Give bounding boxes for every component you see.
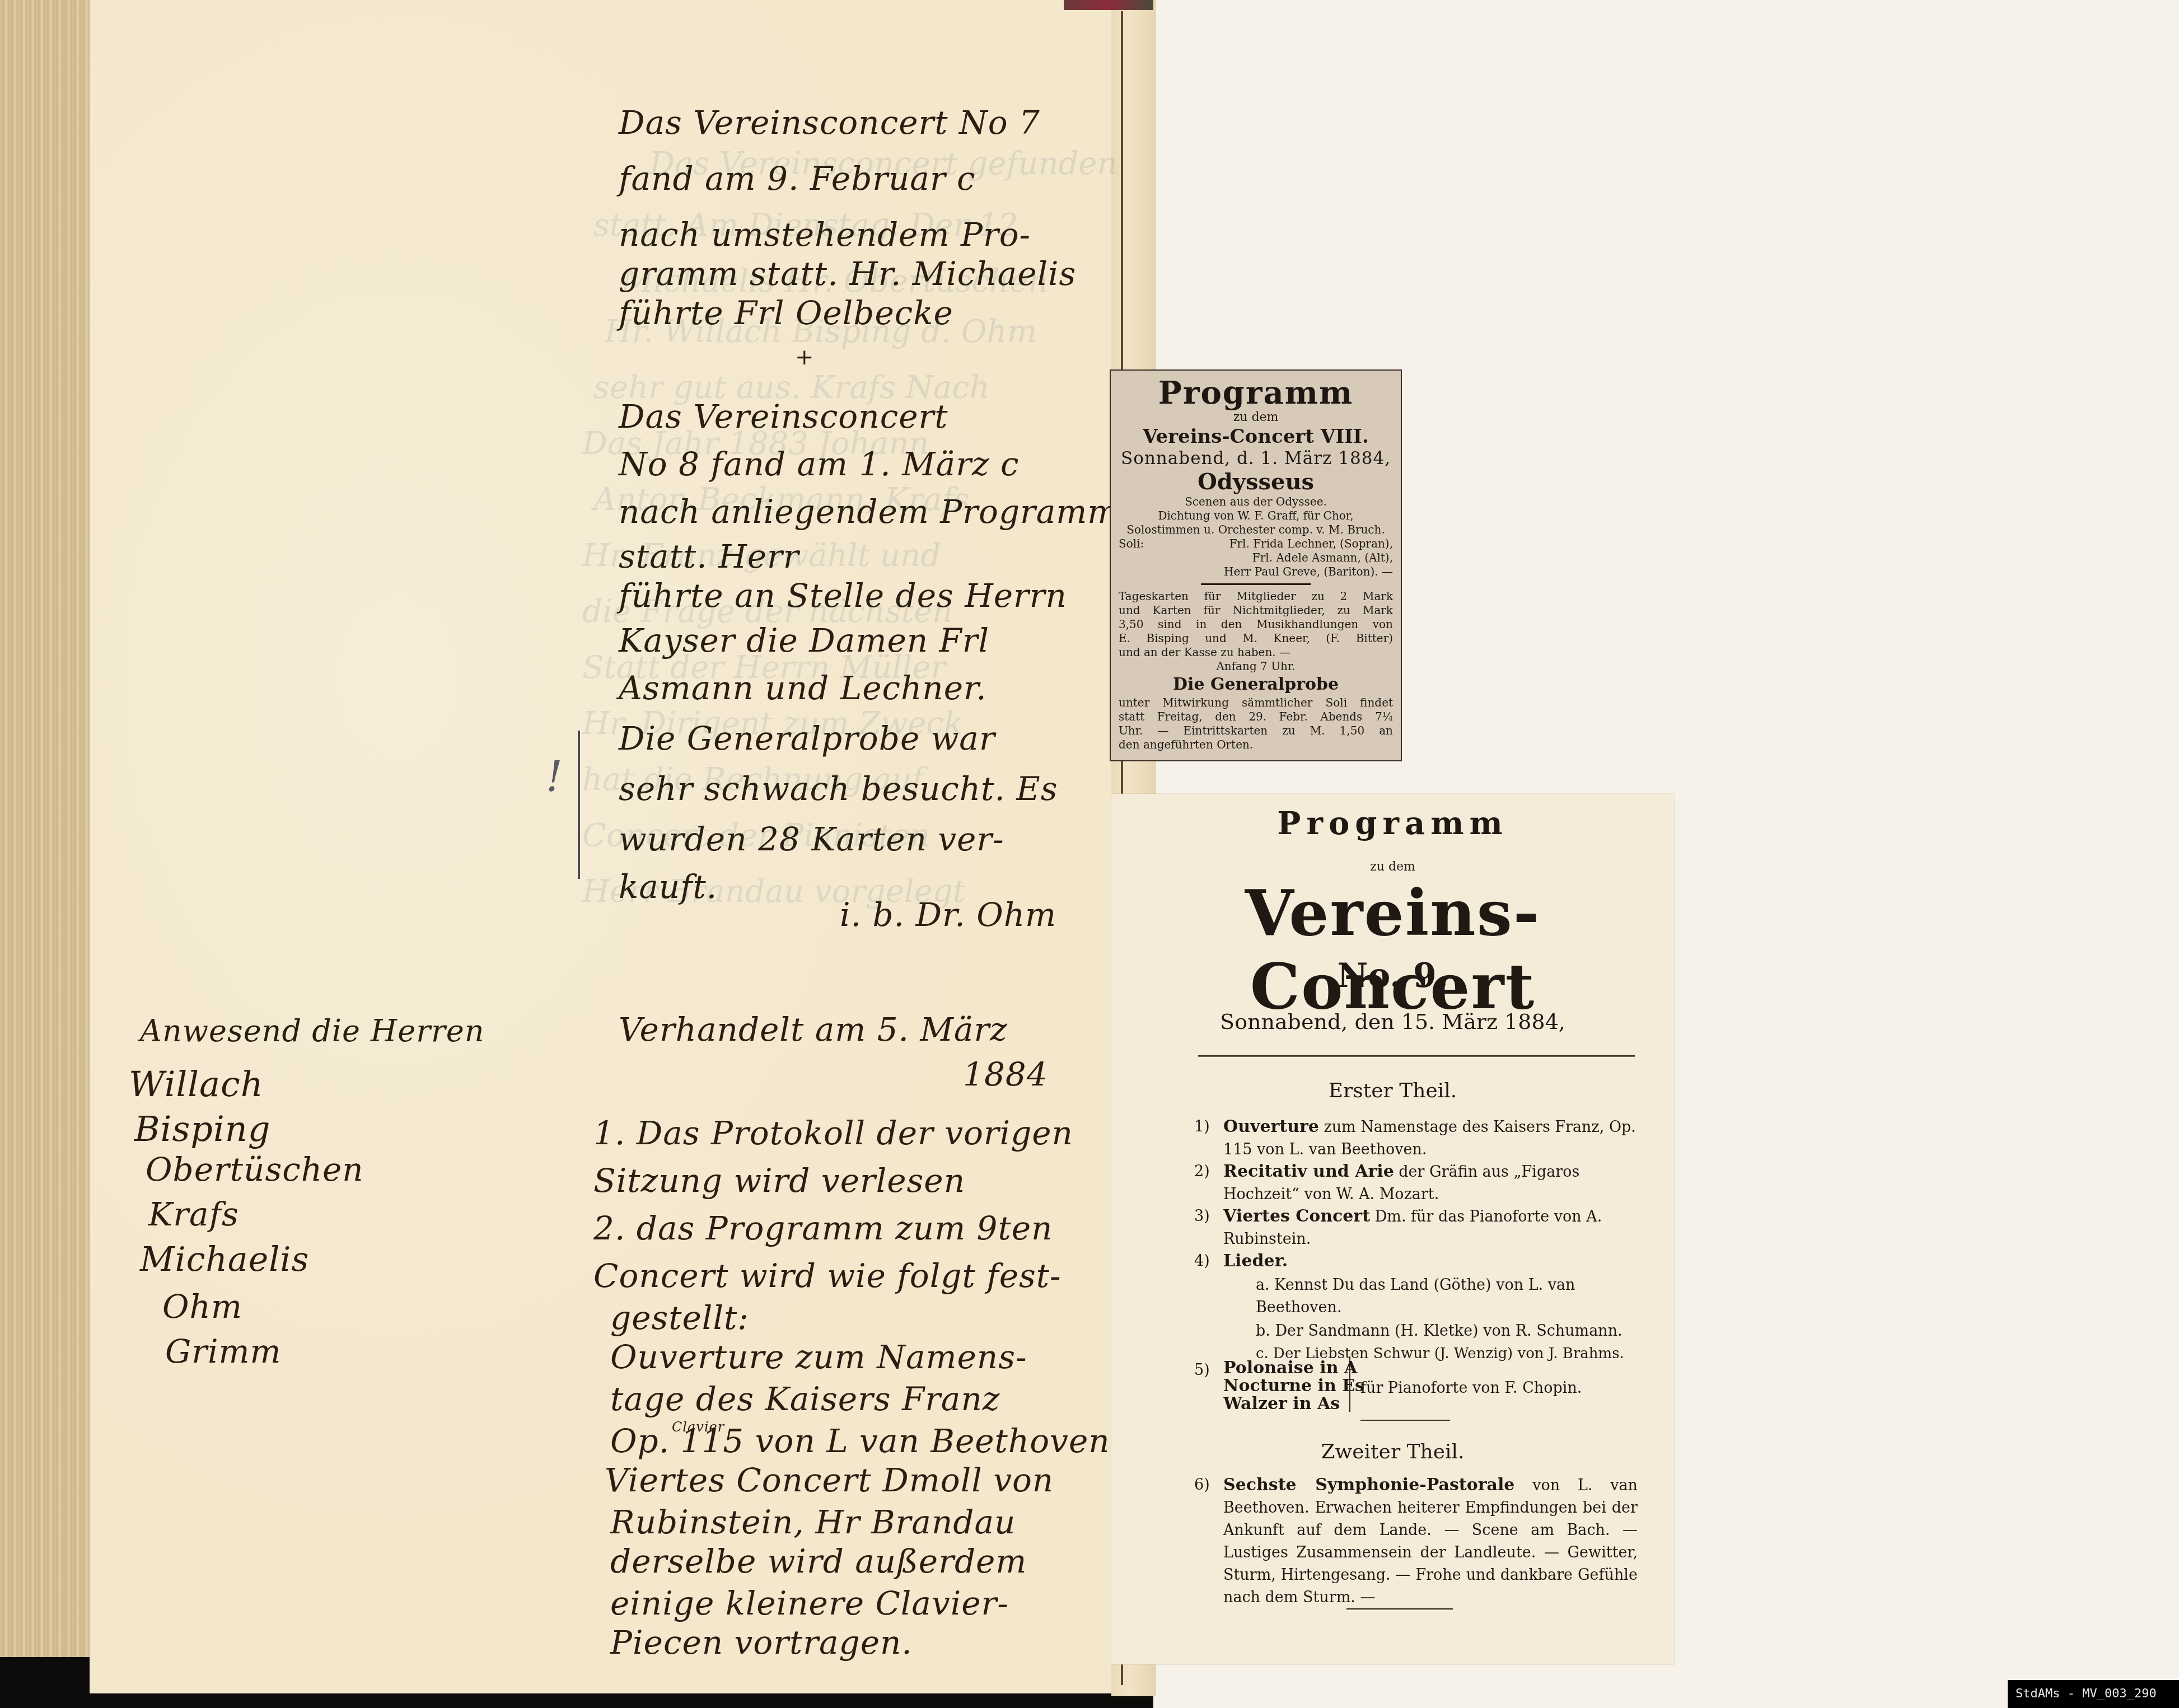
clipping-credit-line: Dichtung von W. F. Graff, für Chor, <box>1119 509 1393 523</box>
program-item: 4) Lieder. <box>1223 1250 1638 1273</box>
clipping-soloists: Soli: Frl. Frida Lechner, (Sopran), Frl.… <box>1119 537 1393 579</box>
handwritten-line: fand am 9. Februar c <box>619 160 976 198</box>
rehearsal-line: Uhr. — Eintrittskarten zu M. 1,50 an <box>1119 724 1393 738</box>
handwritten-line: Die Generalprobe war <box>619 719 995 757</box>
program-item: 2) Recitativ und Arie der Gräfin aus „Fi… <box>1223 1160 1638 1206</box>
clipping-date: Sonnabend, d. 1. März 1884, <box>1119 448 1393 469</box>
handwritten-line: tage des Kaisers Franz <box>610 1380 1000 1418</box>
ticket-line: E. Bisping und M. Kneer, (F. Bitter) <box>1119 631 1393 645</box>
handwritten-line: Das Vereinsconcert <box>619 397 948 436</box>
rehearsal-line: statt Freitag, den 29. Febr. Abends 7¼ <box>1119 710 1393 724</box>
rehearsal-line: den angeführten Orten. <box>1119 738 1393 752</box>
handwritten-line: 2. das Programm zum 9ten <box>593 1209 1053 1247</box>
clipping-concert-name: Vereins-Concert VIII. <box>1119 425 1393 448</box>
handwritten-line: Concert wird wie folgt fest- <box>593 1257 1062 1295</box>
handwritten-line: nach anliegendem Programm <box>619 493 1119 531</box>
attendee-name: Bisping <box>134 1108 270 1149</box>
handwritten-line: Viertes Concert Dmoll von <box>605 1461 1054 1499</box>
soloist: Frl. Adele Asmann, (Alt), <box>1163 551 1393 565</box>
program-item-title: Recitativ und Arie <box>1223 1162 1394 1181</box>
newspaper-clipping-concert-8: Programm zu dem Vereins-Concert VIII. So… <box>1110 369 1402 761</box>
handwritten-line: gestellt: <box>610 1299 749 1337</box>
attendee-name: Ohm <box>162 1288 242 1326</box>
attendee-name: Grimm <box>165 1332 282 1370</box>
chopin-pieces: 5) Polonaise in A Nocturne in Es Walzer … <box>1223 1359 1369 1413</box>
rehearsal-line: unter Mitwirkung sämmtlicher Soli findet <box>1119 696 1393 710</box>
ticket-line: und Karten für Nichtmitglieder, zu Mark <box>1119 603 1393 617</box>
program-number: No. 9. <box>1111 956 1674 995</box>
soli-label: Soli: <box>1119 537 1163 579</box>
chopin-note: für Pianoforte von F. Chopin. <box>1360 1377 1640 1400</box>
entry-separator: + <box>795 344 815 370</box>
printed-program-concert-9: Programm zu dem Vereins-Concert No. 9. S… <box>1111 794 1674 1664</box>
brace-mark <box>1349 1357 1350 1412</box>
program-item: 1) Ouverture zum Namenstage des Kaisers … <box>1223 1116 1638 1161</box>
handwritten-line: Piecen vortragen. <box>610 1623 913 1662</box>
meeting-year: 1884 <box>963 1055 1048 1093</box>
soloist: Herr Paul Greve, (Bariton). — <box>1163 565 1393 579</box>
margin-exclamation-mark: ! <box>546 753 563 801</box>
handwritten-line: No 8 fand am 1. März c <box>619 445 1019 483</box>
handwritten-line: 1. Das Protokoll der vorigen <box>593 1114 1073 1152</box>
part-one-heading: Erster Theil. <box>1111 1079 1674 1102</box>
program-title: Programm <box>1111 805 1674 842</box>
handwritten-line: Sitzung wird verlesen <box>593 1162 965 1200</box>
clipping-subtitle: zu dem <box>1119 410 1393 425</box>
handwritten-line: einige kleinere Clavier- <box>610 1584 1009 1622</box>
chopin-piece: Polonaise in A <box>1223 1359 1369 1377</box>
handwritten-line: führte an Stelle des Herrn <box>619 577 1067 615</box>
handwritten-line: gramm statt. Hr. Michaelis <box>619 255 1076 293</box>
interlinear-note: Clavier <box>672 1419 724 1435</box>
handwritten-line: Ouverture zum Namens- <box>610 1338 1027 1376</box>
chopin-piece: Nocturne in Es <box>1223 1377 1369 1395</box>
handwritten-line: statt. Herr <box>619 537 799 575</box>
soloist: Frl. Frida Lechner, (Sopran), <box>1163 537 1393 551</box>
program-subtitle: zu dem <box>1111 860 1674 874</box>
handwritten-line: Kayser die Damen Frl <box>619 621 989 659</box>
attendee-name: Willach <box>129 1064 264 1105</box>
handwritten-line: sehr schwach besucht. Es <box>619 770 1058 808</box>
lied-item: b. Der Sandmann (H. Kletke) von R. Schum… <box>1256 1320 1642 1342</box>
program-item-title: Lieder. <box>1223 1251 1288 1271</box>
program-divider <box>1360 1420 1450 1421</box>
handwritten-line: derselbe wird außerdem <box>610 1542 1027 1580</box>
handwritten-line: kauft. <box>619 868 717 906</box>
ticket-line: Tageskarten für Mitglieder zu 2 Mark <box>1119 589 1393 603</box>
program-item-title: Viertes Concert <box>1223 1206 1370 1226</box>
clipping-divider <box>1201 583 1311 585</box>
handwritten-line: nach umstehendem Pro- <box>619 216 1031 254</box>
archive-reference-label: StdAMs - MV_003_290 <box>2008 1680 2179 1708</box>
program-item-6: 6) Sechste Symphonie-Pastorale von L. va… <box>1223 1474 1638 1609</box>
meeting-heading: Verhandelt am 5. März <box>619 1010 1008 1049</box>
handwritten-line: führte Frl Oelbecke <box>619 294 953 332</box>
handwritten-line: wurden 28 Karten ver- <box>619 820 1004 858</box>
attendee-name: Michaelis <box>140 1240 309 1279</box>
lied-item: a. Kennst Du das Land (Göthe) von L. van… <box>1256 1274 1642 1319</box>
binding-edge <box>1064 0 1153 10</box>
start-time: Anfang 7 Uhr. <box>1119 659 1393 673</box>
attendee-name: Krafs <box>148 1195 239 1233</box>
ticket-line: und an der Kasse zu haben. — <box>1119 645 1393 659</box>
clipping-work-title: Odysseus <box>1119 469 1393 495</box>
rehearsal-heading: Die Generalprobe <box>1119 673 1393 696</box>
program-date: Sonnabend, den 15. März 1884, <box>1111 1009 1674 1034</box>
ticket-line: 3,50 sind in den Musikhandlungen von <box>1119 617 1393 631</box>
part-two-heading: Zweiter Theil. <box>1111 1440 1674 1463</box>
handwritten-line: Asmann und Lechner. <box>619 669 987 707</box>
handwritten-line: Rubinstein, Hr Brandau <box>610 1503 1016 1541</box>
margin-line <box>578 731 580 879</box>
program-item: 3) Viertes Concert Dm. für das Pianofort… <box>1223 1205 1638 1251</box>
signature: i. b. Dr. Ohm <box>840 896 1056 934</box>
program-item-title: Ouverture <box>1223 1117 1319 1136</box>
attendee-name: Obertüschen <box>146 1150 364 1188</box>
clipping-title: Programm <box>1119 376 1393 410</box>
program-divider <box>1346 1608 1453 1610</box>
clipping-credit-line: Solostimmen u. Orchester comp. v. M. Bru… <box>1119 523 1393 537</box>
handwritten-line: Das Vereinsconcert No 7 <box>619 104 1040 142</box>
program-concert-name: Vereins-Concert <box>1111 877 1674 1023</box>
attendance-heading: Anwesend die Herren <box>140 1013 485 1049</box>
book-page-edges <box>0 0 93 1657</box>
clipping-work-subtitle: Scenen aus der Odyssee. <box>1119 495 1393 509</box>
program-item-title: Sechste Symphonie-Pastorale <box>1223 1475 1514 1495</box>
program-divider <box>1198 1055 1635 1057</box>
chopin-piece: Walzer in As <box>1223 1395 1369 1413</box>
